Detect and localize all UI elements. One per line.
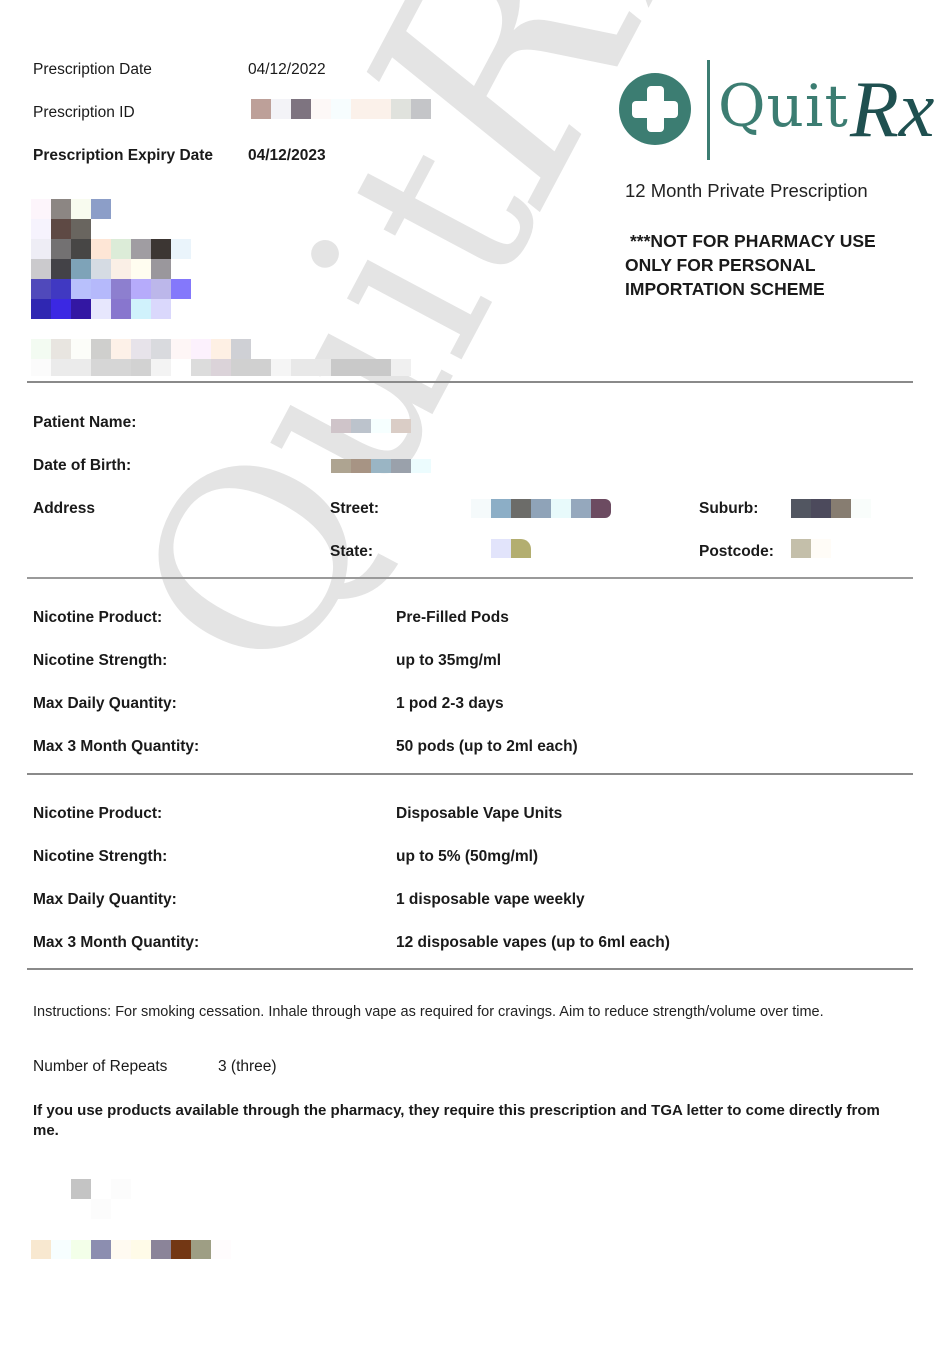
daily-quantity-label: Max Daily Quantity: — [33, 891, 177, 909]
product-value: Pre-Filled Pods — [396, 609, 509, 627]
divider — [27, 773, 913, 775]
divider — [27, 381, 913, 383]
divider — [27, 968, 913, 970]
daily-quantity-label: Max Daily Quantity: — [33, 695, 177, 713]
dob-label: Date of Birth: — [33, 457, 131, 475]
three-month-quantity-value: 12 disposable vapes (up to 6ml each) — [396, 934, 670, 952]
three-month-quantity-value: 50 pods (up to 2ml each) — [396, 738, 578, 756]
patient-name-label: Patient Name: — [33, 414, 136, 432]
logo-brand-word: Quit — [718, 72, 849, 140]
suburb-label: Suburb: — [699, 500, 758, 518]
notice-line-1: ***NOT FOR PHARMACY USE — [625, 229, 876, 253]
notice-line-2: ONLY FOR PERSONAL — [625, 253, 876, 277]
logo-divider — [707, 60, 710, 160]
repeats-value: 3 (three) — [218, 1058, 277, 1076]
pharmacy-note: If you use products available through th… — [33, 1101, 903, 1141]
prescription-id-label: Prescription ID — [33, 104, 135, 122]
notice: ***NOT FOR PHARMACY USE ONLY FOR PERSONA… — [625, 229, 876, 301]
strength-value: up to 5% (50mg/ml) — [396, 848, 538, 866]
three-month-quantity-label: Max 3 Month Quantity: — [33, 934, 199, 952]
repeats-label: Number of Repeats — [33, 1058, 167, 1076]
prescription-expiry-label: Prescription Expiry Date — [33, 147, 213, 165]
signature-redacted — [71, 1179, 131, 1219]
prescriber-address-redacted — [31, 339, 251, 359]
strength-label: Nicotine Strength: — [33, 848, 167, 866]
product-label: Nicotine Product: — [33, 805, 162, 823]
daily-quantity-value: 1 disposable vape weekly — [396, 891, 585, 909]
strength-label: Nicotine Strength: — [33, 652, 167, 670]
postcode-redacted — [791, 539, 831, 558]
prescriber-contact-redacted — [31, 359, 411, 376]
prescriber-signature-name-redacted — [31, 1240, 231, 1259]
street-redacted — [471, 499, 611, 518]
dob-redacted — [331, 459, 431, 473]
address-label: Address — [33, 500, 95, 518]
strength-value: up to 35mg/ml — [396, 652, 501, 670]
prescription-date-value: 04/12/2022 — [248, 61, 326, 79]
logo-rx: Rx — [850, 65, 934, 156]
divider — [27, 577, 913, 579]
state-redacted — [491, 539, 531, 558]
subtitle: 12 Month Private Prescription — [625, 180, 868, 202]
prescription-expiry-value: 04/12/2023 — [248, 147, 326, 165]
prescription-date-label: Prescription Date — [33, 61, 152, 79]
state-label: State: — [330, 543, 373, 561]
medical-cross-icon — [619, 73, 691, 145]
product-value: Disposable Vape Units — [396, 805, 562, 823]
product-label: Nicotine Product: — [33, 609, 162, 627]
street-label: Street: — [330, 500, 379, 518]
notice-line-3: IMPORTATION SCHEME — [625, 277, 876, 301]
daily-quantity-value: 1 pod 2-3 days — [396, 695, 504, 713]
instructions: Instructions: For smoking cessation. Inh… — [33, 1002, 893, 1022]
patient-name-redacted — [331, 419, 411, 433]
suburb-redacted — [791, 499, 871, 518]
postcode-label: Postcode: — [699, 543, 774, 561]
prescriber-details-redacted — [31, 199, 191, 319]
three-month-quantity-label: Max 3 Month Quantity: — [33, 738, 199, 756]
prescription-id-redacted — [251, 99, 431, 119]
